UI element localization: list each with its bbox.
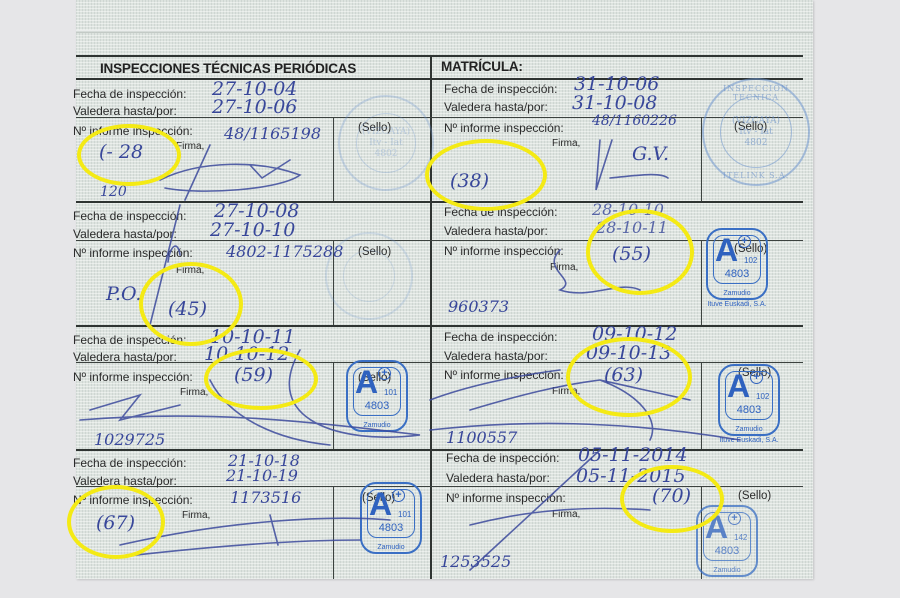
highlight-circle [67, 485, 165, 559]
stamp-code: 101 [398, 510, 411, 519]
stamp-code: 102 [744, 256, 757, 265]
stamp-number: 4803 [720, 404, 778, 416]
stamp-town: Zamudio [720, 426, 778, 433]
stamp-town: Zamudio [708, 290, 766, 297]
highlight-circle [620, 465, 724, 533]
plate-heading: MATRÍCULA: [441, 59, 523, 74]
sello-divider [333, 486, 334, 579]
stamp-number: 4803 [348, 400, 406, 412]
fecha-label: Fecha de inspección: [73, 87, 186, 101]
applus-stamp: A + 102 4803 Zamudio [706, 228, 768, 300]
stamp-code: 101 [384, 388, 397, 397]
valedera-label: Valedera hasta/por: [446, 471, 550, 485]
informe-value: 1173516 [230, 488, 301, 507]
highlight-circle [204, 348, 318, 410]
applus-stamp: A + 101 4803 Zamudio [346, 360, 408, 432]
informe-value: 4802-1175288 [226, 242, 343, 261]
stamp-company: Ituve Euskadi, S.A. [704, 301, 770, 308]
informe-label: Nº informe inspección: [444, 368, 564, 382]
stamp-number: 4802 [745, 138, 768, 149]
grid-top-line [76, 55, 803, 57]
informe-label: Nº informe inspección: [446, 491, 566, 505]
firma-label: Firma, [182, 510, 210, 521]
stamp-town: Zamudio [362, 544, 420, 551]
valedera-value: 31-10-08 [572, 92, 657, 114]
stamp-town: Zamudio [698, 567, 756, 574]
grid-row-line-1 [76, 201, 803, 203]
stamp-number: 4803 [362, 522, 420, 534]
informe-label: Nº informe inspección: [444, 244, 564, 258]
stamp-a-letter: A [369, 488, 392, 520]
extra-note: 960373 [448, 297, 509, 316]
extra-note: 1100557 [446, 428, 517, 447]
sello-divider [701, 362, 702, 449]
highlight-circle [566, 337, 692, 417]
itv-round-stamp: INSPECCION TECNICA (VIZCAYA) Itv - Iat 4… [702, 78, 810, 186]
plus-circle-icon: + [750, 371, 763, 384]
sello-divider [701, 240, 702, 325]
stamp-town: Zamudio [348, 422, 406, 429]
stamp-number: 4803 [698, 545, 756, 557]
stamp-a-letter: A [727, 370, 750, 402]
stamp-code: 142 [734, 533, 747, 542]
valedera-value: 27-10-06 [212, 96, 297, 118]
stamp-type: Itv - Iat [369, 138, 403, 149]
plus-circle-icon: + [378, 367, 391, 380]
stamp-company: Ituve Euskadi, S.A. [716, 437, 782, 444]
valedera-label: Valedera hasta/por: [444, 100, 548, 114]
firma-label: Firma, [552, 509, 580, 520]
itv-round-stamp-faded: (VIZCAYA) Itv - Iat 4802 [338, 95, 434, 191]
stamp-company: ITELINK S.A. [704, 171, 808, 180]
valedera-value: 27-10-10 [210, 219, 295, 241]
grid-subline-1 [76, 117, 803, 118]
applus-stamp: A + 101 4803 Zamudio [360, 482, 422, 554]
informe-label: Nº informe inspección: [444, 121, 564, 135]
stamp-a-letter: A [715, 234, 738, 266]
informe-value: 48/1160226 [592, 113, 677, 129]
fecha-label: Fecha de inspección: [73, 456, 186, 470]
signature-initials: G.V. [632, 143, 669, 165]
left-heading: INSPECCIONES TÉCNICAS PERIÓDICAS [100, 61, 356, 76]
highlight-circle [77, 124, 181, 186]
grid-subline-2 [76, 240, 803, 241]
stamp-region: (VIZCAYA) [362, 127, 410, 138]
fecha-label: Fecha de inspección: [444, 82, 557, 96]
valedera-label: Valedera hasta/por: [444, 349, 548, 363]
plus-circle-icon: + [728, 512, 741, 525]
grid-heading-line [76, 78, 803, 80]
informe-label: Nº informe inspección: [73, 246, 193, 260]
fecha-label: Fecha de inspección: [444, 330, 557, 344]
fecha-label: Fecha de inspección: [73, 209, 186, 223]
stamp-a-letter: A [355, 366, 378, 398]
plus-circle-icon: + [738, 235, 751, 248]
extra-note: P.O. [106, 283, 141, 305]
valedera-label: Valedera hasta/por: [73, 227, 177, 241]
extra-note: 1253525 [440, 552, 511, 571]
highlight-circle [586, 209, 694, 295]
grid-subline-3 [76, 362, 803, 363]
valedera-label: Valedera hasta/por: [73, 104, 177, 118]
plus-circle-icon: + [392, 489, 405, 502]
stamp-number: 4802 [375, 149, 398, 160]
extra-note: 120 [100, 184, 127, 200]
card-fold-line [76, 30, 813, 33]
highlight-circle [425, 139, 547, 211]
itv-round-stamp-faded [325, 232, 413, 320]
sello-divider [333, 117, 334, 201]
valedera-value: 21-10-19 [226, 466, 298, 485]
fecha-label: Fecha de inspección: [446, 451, 559, 465]
stamp-number: 4803 [708, 268, 766, 280]
stamp-code: 102 [756, 392, 769, 401]
firma-label: Firma, [550, 262, 578, 273]
informe-label: Nº informe inspección: [73, 370, 193, 384]
applus-stamp: A + 102 4803 Zamudio [718, 364, 780, 436]
fecha-value: 05-11-2014 [578, 444, 688, 466]
stamp-type: Itv - Iat [739, 127, 773, 138]
highlight-circle [139, 262, 243, 346]
valedera-label: Valedera hasta/por: [73, 350, 177, 364]
extra-note: 1029725 [94, 430, 165, 449]
valedera-label: Valedera hasta/por: [444, 224, 548, 238]
grid-row-line-3 [76, 449, 803, 451]
stamp-region: (VIZCAYA) [732, 116, 780, 127]
firma-label: Firma, [552, 138, 580, 149]
sello-divider [333, 362, 334, 449]
firma-label: Firma, [180, 387, 208, 398]
sello-label: (Sello) [738, 490, 771, 502]
informe-value: 48/1165198 [224, 124, 321, 143]
